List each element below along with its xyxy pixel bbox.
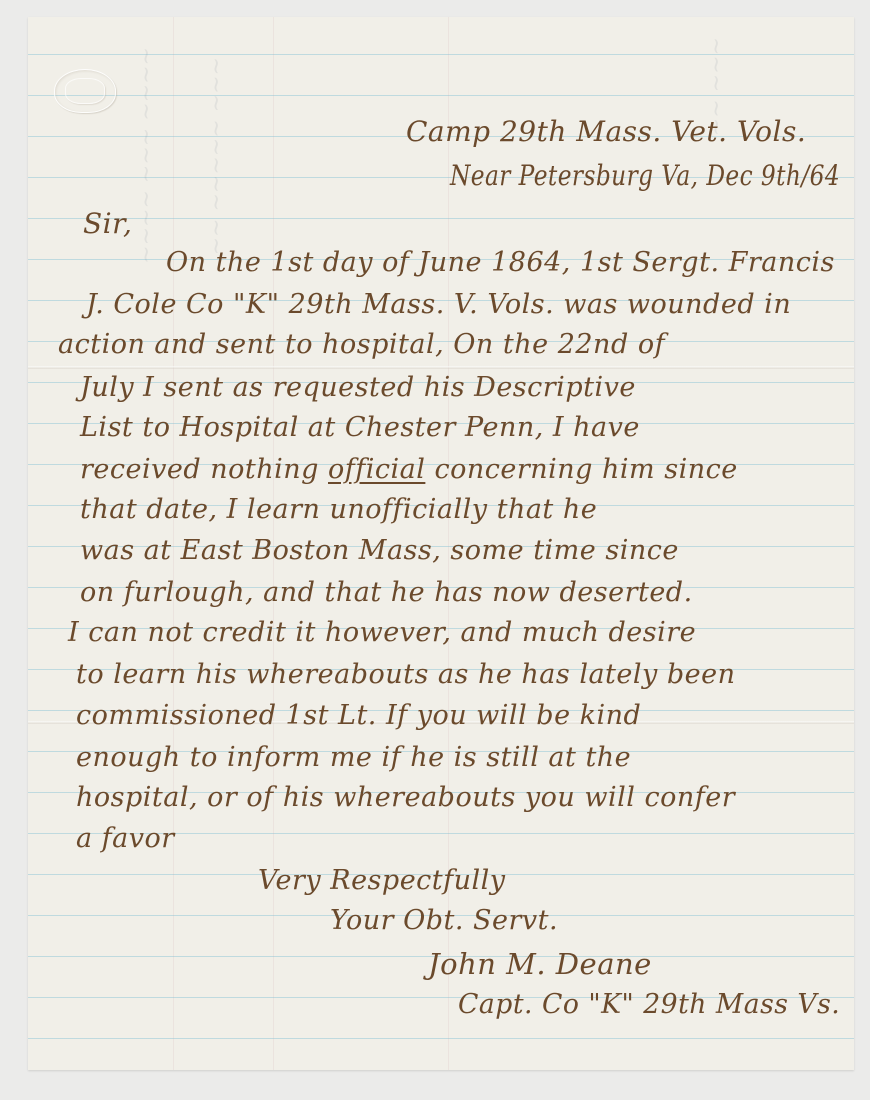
body-line: July I sent as requested his Descriptive — [80, 372, 636, 403]
closing-line: Very Respectfully — [258, 865, 506, 896]
body-line: List to Hospital at Chester Penn, I have — [80, 412, 640, 443]
body-line: J. Cole Co "K" 29th Mass. V. Vols. was w… — [86, 289, 791, 320]
letter-paper: ~~~~ ~~~ ~~~~ ~~~ ~~~~~ ~~ ~~~ ~~ Camp 2… — [28, 17, 854, 1070]
heading-camp: Camp 29th Mass. Vet. Vols. — [406, 115, 806, 148]
signature-title: Capt. Co "K" 29th Mass Vs. — [458, 989, 840, 1020]
bleed-through-text: ~~~~ ~~~ ~~~~ — [133, 47, 158, 264]
body-line: to learn his whereabouts as he has latel… — [76, 659, 736, 690]
heading-location-date: Near Petersburg Va, Dec 9th/64 — [450, 159, 840, 192]
fold-crease-upper — [28, 366, 854, 369]
body-line: On the 1st day of June 1864, 1st Sergt. … — [166, 247, 835, 278]
body-line: received nothing official concerning him… — [80, 454, 738, 485]
signature-name: John M. Deane — [428, 947, 652, 981]
body-line: was at East Boston Mass, some time since — [80, 535, 679, 566]
body-line: that date, I learn unofficially that he — [80, 494, 597, 525]
underlined-word: official — [328, 454, 425, 485]
closing-line: Your Obt. Servt. — [330, 905, 558, 936]
body-line: enough to inform me if he is still at th… — [76, 742, 631, 773]
body-line: I can not credit it however, and much de… — [68, 617, 696, 648]
embossed-stationer-stamp-icon — [54, 69, 116, 113]
body-line: hospital, or of his whereabouts you will… — [76, 782, 735, 813]
body-line: commissioned 1st Lt. If you will be kind — [76, 700, 641, 731]
body-line: on furlough, and that he has now deserte… — [80, 577, 693, 608]
body-line: action and sent to hospital, On the 22nd… — [58, 329, 665, 360]
bleed-through-text: ~~~ ~~~~~ ~~ — [203, 57, 228, 255]
body-text: received nothing — [80, 454, 328, 485]
body-line: a favor — [76, 823, 175, 854]
body-text: concerning him since — [425, 454, 737, 485]
salutation: Sir, — [83, 207, 132, 240]
